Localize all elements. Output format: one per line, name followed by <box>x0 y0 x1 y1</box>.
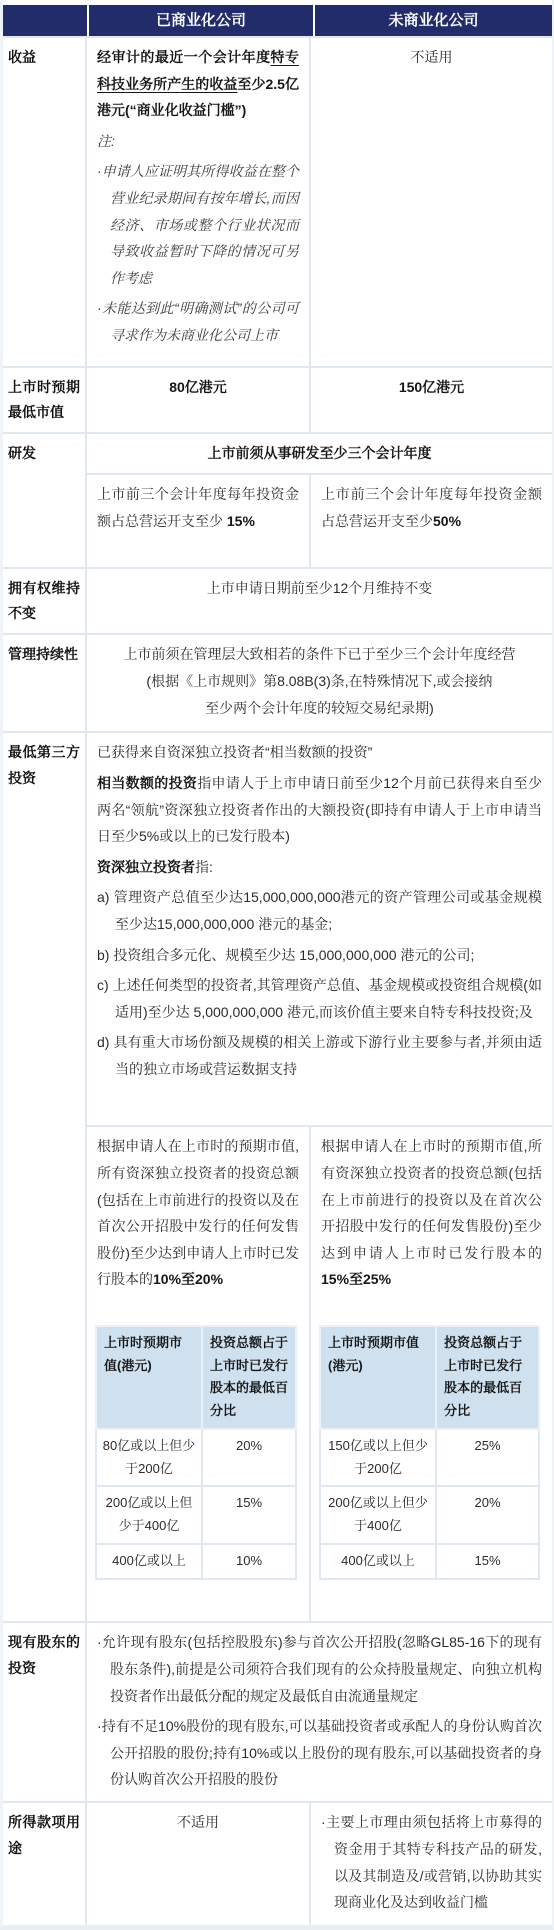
third-party-left-requirement: 根据申请人在上市时的预期市值,所有资深独立投资者的投资总额(包括在上市前进行的投… <box>87 1127 309 1299</box>
investor-type-a: a) 管理资产总值至少达15,000,000,000港元的资产管理公司或基金规模… <box>97 884 542 937</box>
header-blank-cell <box>3 5 87 36</box>
min-percentage: 20% <box>202 1429 296 1487</box>
third-party-commercialized-cell: 根据申请人在上市时的预期市值,所有资深独立投资者的投资总额(包括在上市前进行的投… <box>87 1127 311 1621</box>
market-cap-body: 80亿港元 150亿港元 <box>87 368 552 432</box>
column-header-min-percentage: 投资总额占于上市时已发行股本的最低百分比 <box>436 1326 539 1429</box>
management-shared-requirement: 上市前须在管理层大致相若的条件下已于至少三个会计年度经营 (根据《上市规则》第8… <box>87 635 552 731</box>
rd-split: 上市前三个会计年度每年投资金额占总营运开支至少 15% 上市前三个会计年度每年投… <box>87 473 552 567</box>
significant-investment-definition: 相当数额的投资指申请人于上市申请日前至少12个月前已获得来自至少两名“领航”资深… <box>97 770 542 850</box>
listing-requirements-table: 已商业化公司 未商业化公司 收益 经审计的最近一个会计年度特专科技业务所产生的收… <box>0 0 554 1930</box>
proceeds-bullet: ·主要上市理由须包括将上市募得的资金用于其特专科技产品的研发,以及其制造及/或营… <box>321 1809 542 1915</box>
table-row: 200亿或以上但少于400亿 15% <box>96 1486 296 1544</box>
table-row: 400亿或以上 10% <box>96 1544 296 1579</box>
market-cap-band: 200亿或以上但少于400亿 <box>320 1486 436 1544</box>
shareholders-bullet-1: ·允许现有股东(包括控股股东)参与首次公开招股(忽略GL85-16下的现有股东条… <box>97 1629 542 1709</box>
min-percentage: 15% <box>202 1486 296 1544</box>
management-line-1: 上市前须在管理层大致相若的条件下已于至少三个会计年度经营 <box>97 641 542 668</box>
shareholders-shared-cell: ·允许现有股东(包括控股股东)参与首次公开招股(忽略GL85-16下的现有股东条… <box>87 1623 552 1801</box>
revenue-note-2: ·未能达到此“明确测试”的公司可寻求作为未商业化公司上市 <box>97 295 299 348</box>
market-cap-band: 200亿或以上但少于400亿 <box>96 1486 202 1544</box>
proceeds-pre-commercial-cell: ·主要上市理由须包括将上市募得的资金用于其特专科技产品的研发,以及其制造及/或营… <box>311 1803 552 1925</box>
rd-shared-requirement: 上市前须从事研发至少三个会计年度 <box>87 434 552 473</box>
left-requirement-percentage: 10%至20% <box>153 1271 223 1287</box>
rd-label: 研发 <box>3 434 87 567</box>
revenue-note-label: 注: <box>97 128 299 155</box>
market-cap-pre-commercial: 150亿港元 <box>311 368 552 432</box>
table-header-row: 上市时预期市值(港元) 投资总额占于上市时已发行股本的最低百分比 <box>320 1326 539 1429</box>
revenue-note-1: ·申请人应证明其所得收益在整个营业纪录期间有按年增长,而因经济、市场或整个行业状… <box>97 158 299 291</box>
column-header-market-cap: 上市时预期市值(港元) <box>320 1326 436 1429</box>
ownership-label: 拥有权维持不变 <box>3 569 87 633</box>
third-party-pre-commercial-cell: 根据申请人在上市时的预期市值,所有资深独立投资者的投资总额(包括在上市前进行的投… <box>311 1127 552 1621</box>
table-header-row: 上市时预期市值(港元) 投资总额占于上市时已发行股本的最低百分比 <box>96 1326 296 1429</box>
market-cap-band: 400亿或以上 <box>96 1544 202 1579</box>
rd-commercialized-cell: 上市前三个会计年度每年投资金额占总营运开支至少 15% <box>87 475 311 567</box>
row-revenue: 收益 经审计的最近一个会计年度特专科技业务所产生的收益至少2.5亿港元(“商业化… <box>3 36 552 366</box>
header-commercialized: 已商业化公司 <box>89 5 313 36</box>
row-market-cap: 上市时预期最低市值 80亿港元 150亿港元 <box>3 366 552 432</box>
management-line-2: (根据《上市规则》第8.08B(3)条,在特殊情况下,或会接纳 <box>97 668 542 695</box>
proceeds-body: 不适用 ·主要上市理由须包括将上市募得的资金用于其特专科技产品的研发,以及其制造… <box>87 1803 552 1925</box>
investor-type-c: c) 上述任何类型的投资者,其管理资产总值、基金规模或投资组合规模(如适用)至少… <box>97 972 542 1025</box>
third-party-label: 最低第三方投资 <box>3 733 87 1621</box>
proceeds-commercialized-cell: 不适用 <box>87 1803 311 1925</box>
market-cap-commercialized: 80亿港元 <box>87 368 311 432</box>
revenue-commercialized-cell: 经审计的最近一个会计年度特专科技业务所产生的收益至少2.5亿港元(“商业化收益门… <box>87 38 311 366</box>
row-existing-shareholders: 现有股东的投资 ·允许现有股东(包括控股股东)参与首次公开招股(忽略GL85-1… <box>3 1621 552 1801</box>
investor-type-d: d) 具有重大市场份额及规模的相关上游或下游行业主要参与者,并须由适当的独立市场… <box>97 1029 542 1082</box>
rd-body: 上市前须从事研发至少三个会计年度 上市前三个会计年度每年投资金额占总营运开支至少… <box>87 434 552 567</box>
proceeds-label: 所得款项用途 <box>3 1803 87 1925</box>
min-percentage: 25% <box>436 1429 539 1487</box>
right-requirement-percentage: 15%至25% <box>321 1271 391 1287</box>
table-row: 200亿或以上但少于400亿 20% <box>320 1486 539 1544</box>
third-party-body: 已获得来自资深独立投资者“相当数额的投资” 相当数额的投资指申请人于上市申请日前… <box>87 733 552 1621</box>
rd-left-percentage: 15% <box>227 513 255 529</box>
third-party-right-requirement: 根据申请人在上市时的预期市值,所有资深独立投资者的投资总额(包括在上市前进行的投… <box>311 1127 552 1299</box>
column-header-min-percentage: 投资总额占于上市时已发行股本的最低百分比 <box>202 1326 296 1429</box>
sophisticated-investor-definition: 资深独立投资者指: <box>97 854 542 881</box>
revenue-body: 经审计的最近一个会计年度特专科技业务所产生的收益至少2.5亿港元(“商业化收益门… <box>87 38 552 366</box>
third-party-merged-block: 已获得来自资深独立投资者“相当数额的投资” 相当数额的投资指申请人于上市申请日前… <box>87 733 552 1125</box>
third-party-split: 根据申请人在上市时的预期市值,所有资深独立投资者的投资总额(包括在上市前进行的投… <box>87 1125 552 1621</box>
third-party-intro: 已获得来自资深独立投资者“相当数额的投资” <box>97 739 542 766</box>
table-row: 150亿或以上但少于200亿 25% <box>320 1429 539 1487</box>
pre-commercial-investment-table: 上市时预期市值(港元) 投资总额占于上市时已发行股本的最低百分比 150亿或以上… <box>319 1325 540 1580</box>
market-cap-band: 400亿或以上 <box>320 1544 436 1579</box>
revenue-label: 收益 <box>3 38 87 366</box>
revenue-pre-commercial-cell: 不适用 <box>311 38 552 366</box>
ownership-shared-requirement: 上市申请日期前至少12个月维持不变 <box>87 569 552 633</box>
row-rd: 研发 上市前须从事研发至少三个会计年度 上市前三个会计年度每年投资金额占总营运开… <box>3 432 552 567</box>
rd-pre-commercial-cell: 上市前三个会计年度每年投资金额占总营运开支至少50% <box>311 475 552 567</box>
commercialized-investment-table: 上市时预期市值(港元) 投资总额占于上市时已发行股本的最低百分比 80亿或以上但… <box>95 1325 297 1580</box>
table-row: 400亿或以上 15% <box>320 1544 539 1579</box>
min-percentage: 15% <box>436 1544 539 1579</box>
header-pre-commercial: 未商业化公司 <box>315 5 552 36</box>
investor-type-b: b) 投资组合多元化、规模至少达 15,000,000,000 港元的公司; <box>97 942 542 969</box>
min-percentage: 10% <box>202 1544 296 1579</box>
management-label: 管理持续性 <box>3 635 87 731</box>
row-third-party-investment: 最低第三方投资 已获得来自资深独立投资者“相当数额的投资” 相当数额的投资指申请… <box>3 731 552 1621</box>
shareholders-bullet-2: ·持有不足10%股份的现有股东,可以基础投资者或承配人的身份认购首次公开招股的股… <box>97 1713 542 1793</box>
market-cap-band: 80亿或以上但少于200亿 <box>96 1429 202 1487</box>
column-header-market-cap: 上市时预期市值(港元) <box>96 1326 202 1429</box>
row-ownership: 拥有权维持不变 上市申请日期前至少12个月维持不变 <box>3 567 552 633</box>
min-percentage: 20% <box>436 1486 539 1544</box>
market-cap-band: 150亿或以上但少于200亿 <box>320 1429 436 1487</box>
rd-right-percentage: 50% <box>433 513 461 529</box>
market-cap-label: 上市时预期最低市值 <box>3 368 87 432</box>
revenue-main-text: 经审计的最近一个会计年度特专科技业务所产生的收益至少2.5亿港元(“商业化收益门… <box>97 44 299 124</box>
header-row: 已商业化公司 未商业化公司 <box>3 5 552 36</box>
row-management: 管理持续性 上市前须在管理层大致相若的条件下已于至少三个会计年度经营 (根据《上… <box>3 633 552 731</box>
management-line-3: 至少两个会计年度的较短交易纪录期) <box>97 695 542 722</box>
table-row: 80亿或以上但少于200亿 20% <box>96 1429 296 1487</box>
shareholders-label: 现有股东的投资 <box>3 1623 87 1801</box>
